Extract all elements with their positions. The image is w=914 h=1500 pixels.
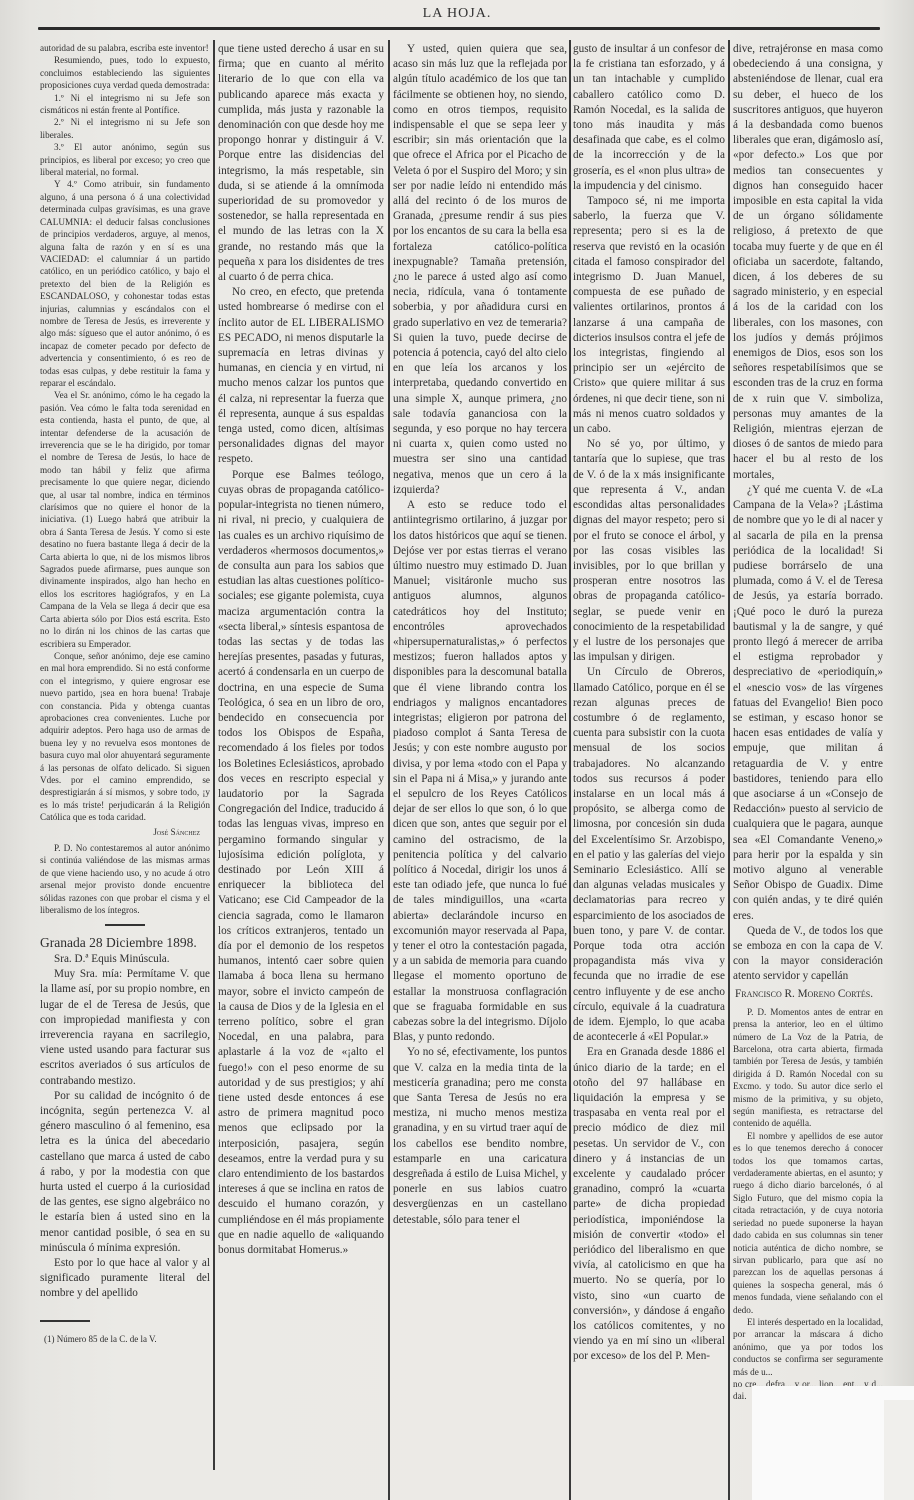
paragraph: Y usted, quien quiera que sea, acaso sin… (393, 42, 567, 498)
footnote-rule (40, 1320, 90, 1322)
paragraph: Queda de V., de todos los que se emboza … (733, 924, 883, 985)
masthead-title: LA HOJA. (0, 6, 914, 22)
paragraph: Vea el Sr. anónimo, cómo le ha cegado la… (40, 389, 210, 650)
paragraph: Conque, señor anónimo, deje ese camino e… (40, 650, 210, 824)
postscript: El nombre y apellidos de ese autor es lo… (733, 1130, 883, 1316)
paragraph: 1.º Ni el integrismo ni su Jefe son cism… (40, 92, 210, 117)
paragraph: ¿Y qué me cuenta V. de «La Campana de la… (733, 483, 883, 924)
paragraph: 2.º Ni el integrismo ni su Jefe son libe… (40, 116, 210, 141)
paragraph: Era en Granada desde 1886 el único diari… (573, 1045, 725, 1364)
postscript: El interés despertado en la localidad, p… (733, 1316, 883, 1378)
newspaper-page: LA HOJA. autoridad de su palabra, escrib… (0, 0, 914, 1500)
paragraph: Y 4.º Como atribuir, sin fundamento algu… (40, 178, 210, 389)
column-divider (388, 40, 390, 1500)
paragraph: que tiene usted derecho á usar en su fir… (218, 42, 384, 285)
paragraph: autoridad de su palabra, escriba este in… (40, 42, 210, 54)
paragraph: Un Círculo de Obreros, llamado Católico,… (573, 665, 725, 1045)
column-4: gusto de insultar á un confesor de la fe… (573, 42, 725, 1365)
column-1: autoridad de su palabra, escriba este in… (40, 42, 210, 1347)
signature: José Sánchez (40, 826, 200, 838)
paragraph: Muy Sra. mía: Permítame V. que la llame … (40, 967, 210, 1089)
paragraph: Por su calidad de incógnito ó de incógni… (40, 1089, 210, 1256)
column-2: que tiene usted derecho á usar en su fir… (218, 42, 384, 1258)
salutation: Sra. D.ª Equis Minúscula. (40, 952, 210, 967)
column-divider (728, 40, 730, 1500)
paragraph: gusto de insultar á un confesor de la fe… (573, 42, 725, 194)
paragraph: No creo, en efecto, que pretenda usted h… (218, 285, 384, 467)
paragraph: A esto se reduce todo el antiintegrismo … (393, 498, 567, 1045)
paragraph: Esto por lo que hace al valor y al signi… (40, 1256, 210, 1302)
column-divider (569, 40, 571, 1500)
page-edge (884, 1400, 914, 1500)
postscript: P. D. No contestaremos al autor anónimo … (40, 842, 210, 916)
date-line: Granada 28 Diciembre 1898. (40, 934, 210, 952)
paragraph: Tampoco sé, ni me importa saberlo, la fu… (573, 194, 725, 437)
paragraph: dive, retrajéronse en masa como obedecie… (733, 42, 883, 483)
column-3: Y usted, quien quiera que sea, acaso sin… (393, 42, 567, 1228)
paragraph: Porque ese Balmes teólogo, cuyas obras d… (218, 468, 384, 1259)
paragraph: Yo no sé, efectivamente, los puntos que … (393, 1045, 567, 1227)
paragraph: 3.º El autor anónimo, según sus principi… (40, 141, 210, 178)
postscript: P. D. Momentos antes de entrar en prensa… (733, 1006, 883, 1130)
signature: Francisco R. Moreno Cortés. (733, 987, 873, 1002)
section-rule (105, 924, 145, 926)
paragraph: No sé yo, por último, y tantaría que lo … (573, 437, 725, 665)
column-5: dive, retrajéronse en masa como obedecie… (733, 42, 883, 1403)
header-rule (38, 27, 880, 30)
paragraph: Resumiendo, pues, todo lo expuesto, conc… (40, 54, 210, 91)
column-divider (213, 40, 215, 1470)
footnote: (1) Número 85 de la C. de la V. (40, 1332, 210, 1347)
